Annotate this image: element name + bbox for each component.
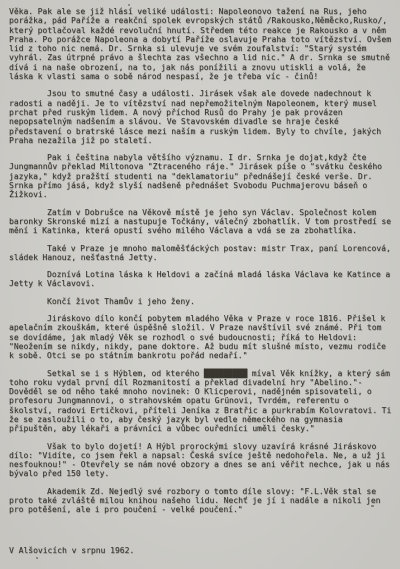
- paragraph: Setkal se i s Hýblem, od kterého ███████…: [9, 369, 392, 434]
- paragraph: Akademik Zd. Nejedlý své rozbory o tomto…: [9, 487, 392, 515]
- typewritten-page: Věka. Pak ale se již hlásí veliké událos…: [0, 0, 400, 569]
- scan-speck: [36, 557, 38, 559]
- scan-speck: [371, 505, 374, 507]
- dateline: V Alšovicích v srpnu 1962.: [9, 546, 392, 557]
- paragraph: Jsou to smutné časy a události. Jirásek …: [9, 89, 392, 145]
- paragraph: Doznívá Lotina láska k Heldovi a začíná …: [9, 270, 392, 289]
- scan-speck: [128, 4, 130, 6]
- paragraph: Jiráskovo dílo končí pobytem mladého Věk…: [9, 314, 392, 360]
- paragraph: Však to bylo dojetí! A Hýbl prorockými s…: [9, 442, 392, 479]
- paragraph: Také v Praze je mnoho maloměšťáckých pos…: [9, 244, 392, 263]
- paragraph: Věka. Pak ale se již hlásí veliké událos…: [9, 7, 392, 81]
- paragraph: Pak i čeština nabyla většího významu. I …: [9, 153, 392, 199]
- paragraph: Končí život Thamův i jeho ženy.: [9, 297, 392, 306]
- paragraph: Zatím v Dobrušce na Věkově místě je jeho…: [9, 208, 392, 236]
- scan-speck: [330, 16, 333, 19]
